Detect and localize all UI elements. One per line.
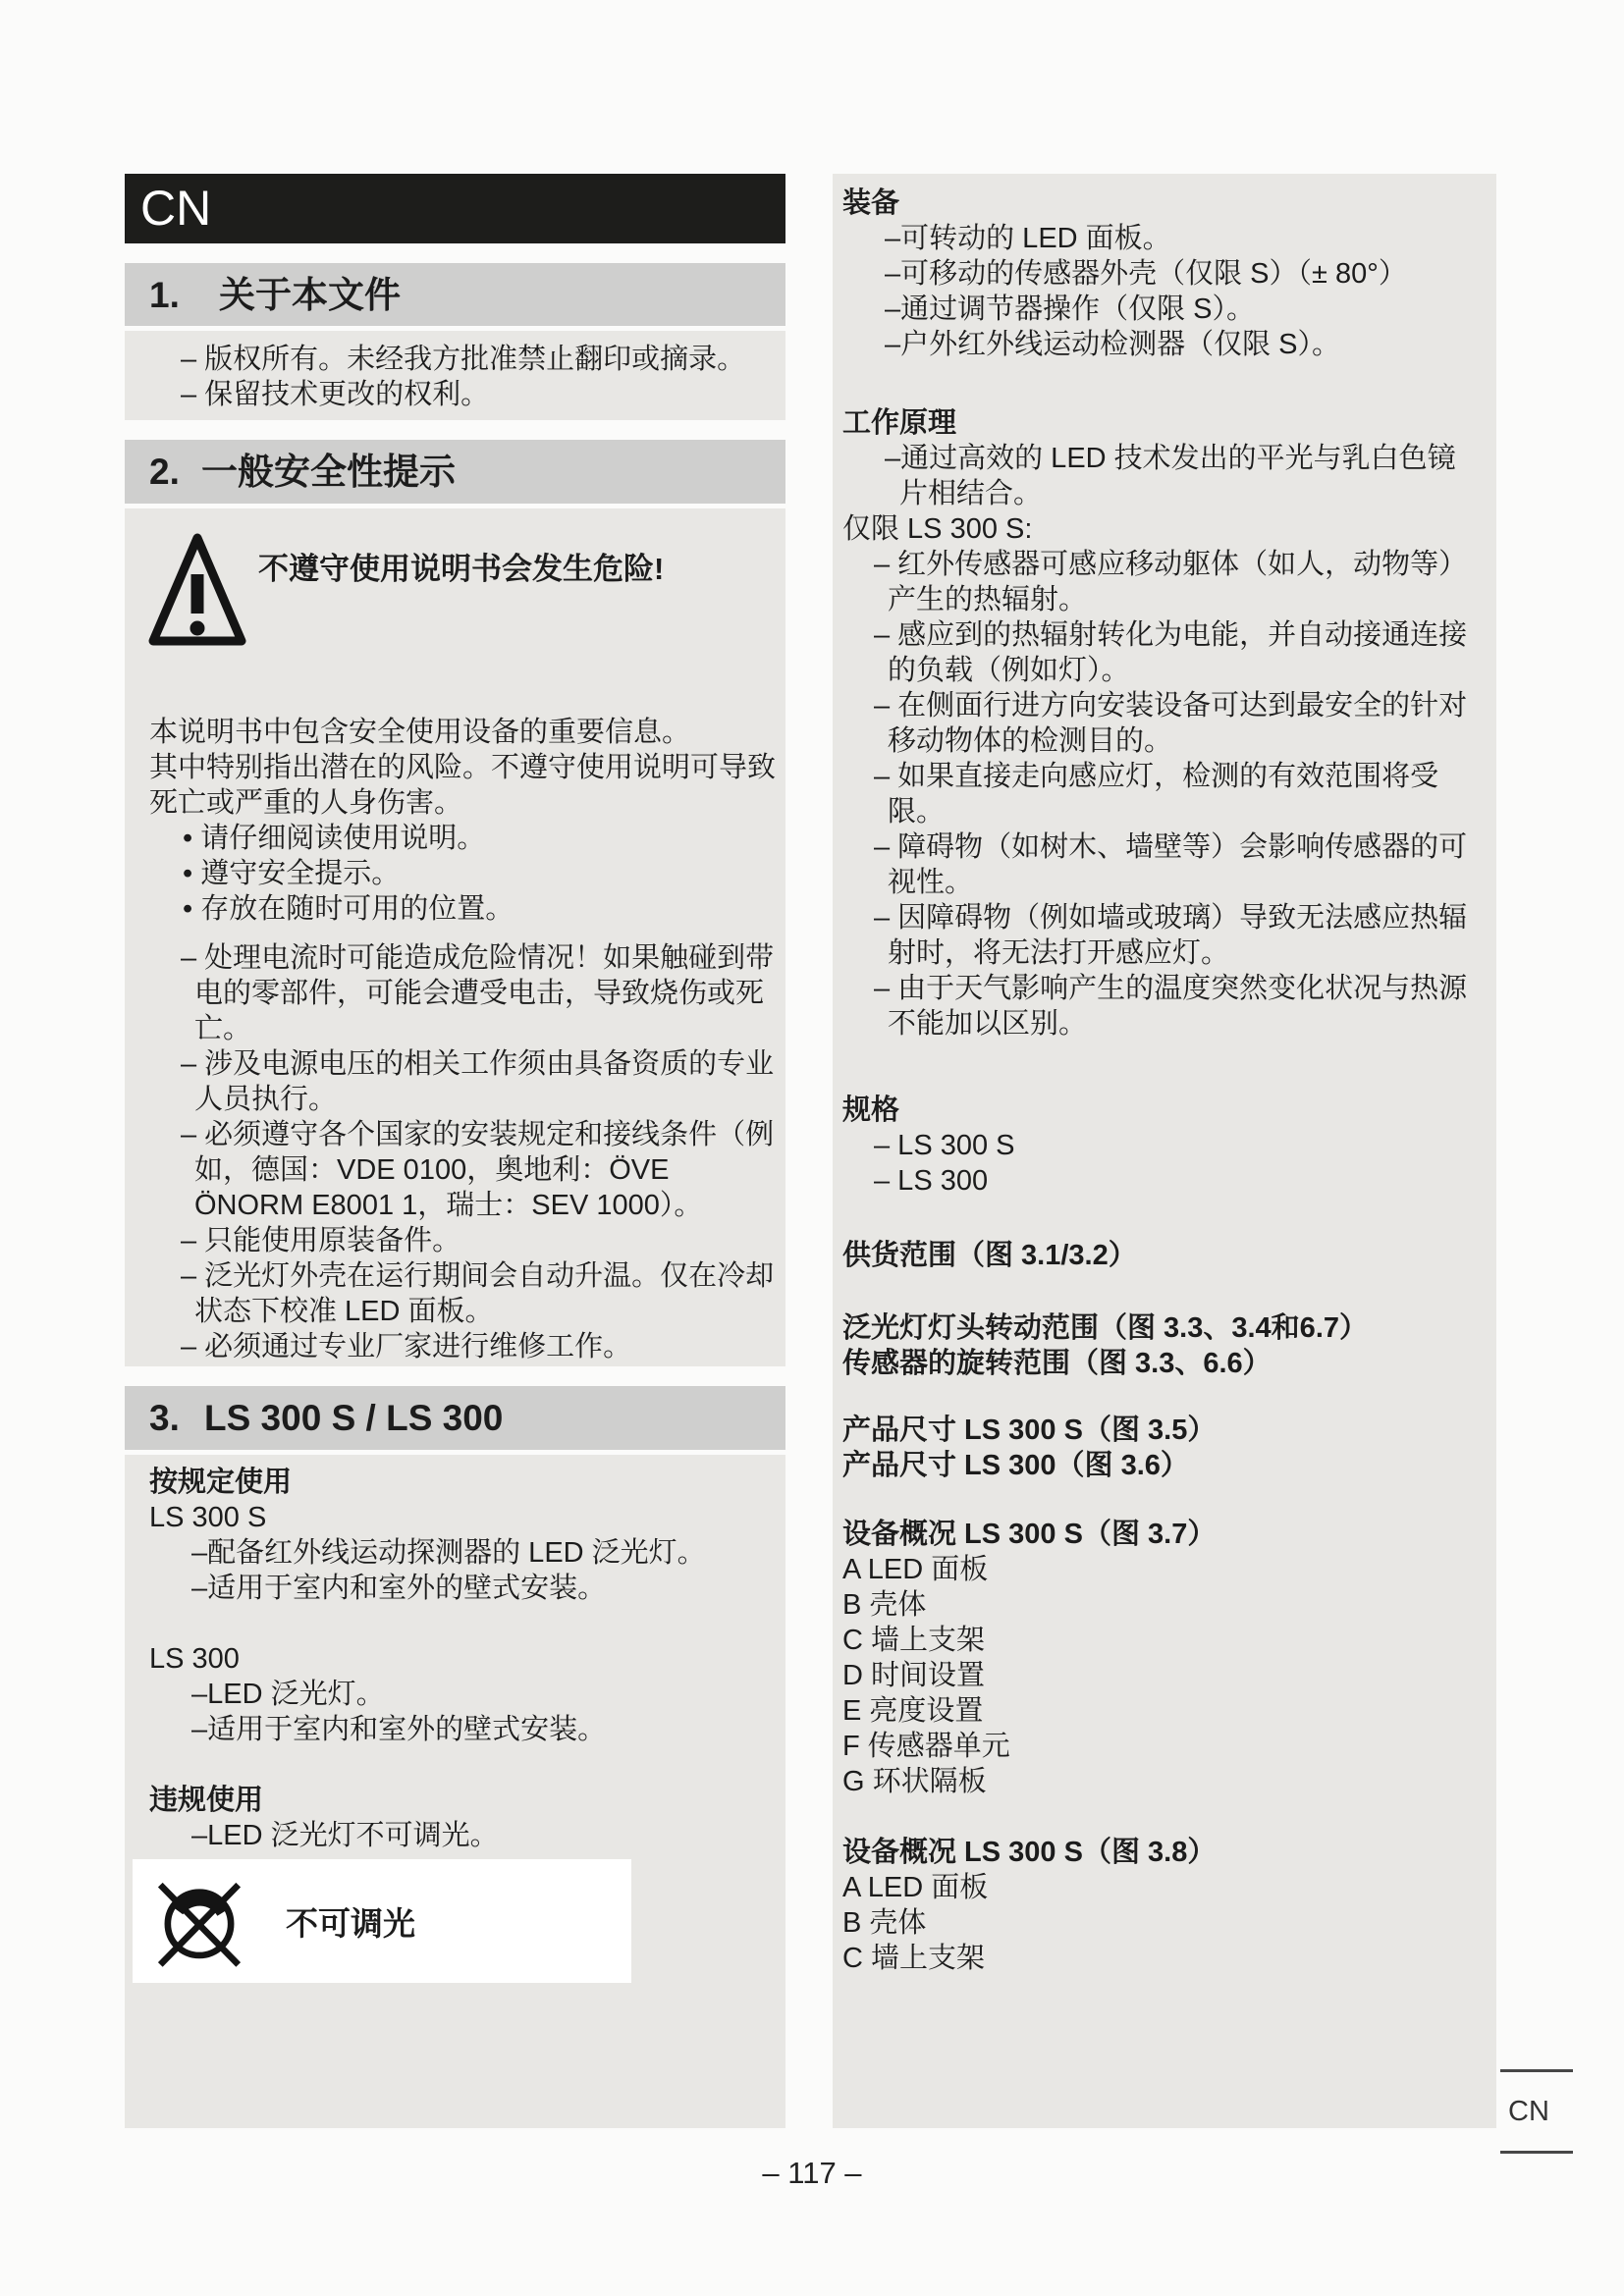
specs-heading: 规格: [842, 1093, 1481, 1128]
misuse-list: –LED 泛光灯不可调光。: [149, 1818, 780, 1853]
overview-item: B 壳体: [842, 1587, 1481, 1623]
overview-37-heading: 设备概况 LS 300 S（图 3.7）: [842, 1517, 1481, 1552]
specs-list: – LS 300 S– LS 300: [842, 1128, 1481, 1199]
corner-rule-top: [1500, 2069, 1573, 2072]
principle-item: –通过高效的 LED 技术发出的平光与乳白色镜片相结合。: [842, 441, 1481, 511]
section-3-body: 按规定使用 LS 300 S –配备红外线运动探测器的 LED 泛光灯。–适用于…: [125, 1455, 785, 2128]
equipment-item: –户外红外线运动检测器（仅限 S）。: [842, 327, 1481, 362]
language-label: CN: [140, 181, 211, 236]
model-feature-item: –适用于室内和室外的壁式安装。: [149, 1571, 780, 1606]
safety-bullet: • 遵守安全提示。: [149, 856, 780, 891]
section-3-title: LS 300 S / LS 300: [204, 1398, 503, 1438]
safety-dash-list: – 处理电流时可能造成危险情况！如果触碰到带电的零部件，可能会遭受电击，导致烧伤…: [149, 940, 780, 1364]
spec-item: – LS 300 S: [842, 1128, 1481, 1163]
copyright-item: – 版权所有。未经我方批准禁止翻印或摘录。: [149, 342, 774, 377]
no-dimming-icon: [148, 1870, 250, 1972]
section-1-number: 1.: [149, 263, 219, 327]
overview-37-list: A LED 面板B 壳体C 墙上支架D 时间设置E 亮度设置F 传感器单元G 环…: [842, 1552, 1481, 1799]
ls300s-features: –配备红外线运动探测器的 LED 泛光灯。–适用于室内和室外的壁式安装。: [149, 1535, 780, 1606]
model-name-ls300s: LS 300 S: [149, 1500, 780, 1535]
intended-use-heading: 按规定使用: [149, 1465, 780, 1500]
section-3-header: 3.LS 300 S / LS 300: [125, 1386, 785, 1450]
equipment-item: –可移动的传感器外壳（仅限 S）（± 80°）: [842, 256, 1481, 292]
corner-language-label: CN: [1500, 2096, 1549, 2128]
scope-heading: 供货范围（图 3.1/3.2）: [842, 1238, 1481, 1273]
page-number: – 117 –: [0, 2156, 1624, 2191]
overview-item: A LED 面板: [842, 1552, 1481, 1587]
section-1-header: 1.关于本文件: [125, 263, 785, 326]
principle-heading: 工作原理: [842, 405, 1481, 441]
model-feature-item: –LED 泛光灯。: [149, 1677, 780, 1712]
sensor-notes: – 红外传感器可感应移动躯体（如人，动物等）产生的热辐射。– 感应到的热辐射转化…: [842, 547, 1481, 1041]
right-column: 装备 –可转动的 LED 面板。–可移动的传感器外壳（仅限 S）（± 80°）–…: [833, 174, 1496, 2128]
safety-dash-item: – 必须通过专业厂家进行维修工作。: [149, 1329, 780, 1364]
rotation-heading-1: 泛光灯灯头转动范围（图 3.3、3.4和6.7）: [842, 1310, 1481, 1346]
overview-item: A LED 面板: [842, 1870, 1481, 1905]
misuse-item: –LED 泛光灯不可调光。: [149, 1818, 780, 1853]
safety-dash-item: – 处理电流时可能造成危险情况！如果触碰到带电的零部件，可能会遭受电击，导致烧伤…: [149, 940, 780, 1046]
safety-bullet: • 请仔细阅读使用说明。: [149, 821, 780, 856]
model-name-ls300: LS 300: [149, 1641, 780, 1677]
copyright-item: – 保留技术更改的权利。: [149, 377, 774, 412]
no-dimming-box: 不可调光: [133, 1859, 631, 1983]
dimensions-heading-1: 产品尺寸 LS 300 S（图 3.5）: [842, 1413, 1481, 1448]
warning-block: 不遵守使用说明书会发生危险!: [125, 508, 780, 715]
safety-dash-item: – 只能使用原装备件。: [149, 1223, 780, 1258]
sensor-note-item: – 感应到的热辐射转化为电能，并自动接通连接的负载（例如灯）。: [842, 617, 1481, 688]
only-ls300s-label: 仅限 LS 300 S:: [842, 511, 1481, 547]
equipment-list: –可转动的 LED 面板。–可移动的传感器外壳（仅限 S）（± 80°）–通过调…: [842, 221, 1481, 362]
section-2-number: 2.: [149, 440, 201, 504]
overview-item: B 壳体: [842, 1905, 1481, 1941]
warning-title: 不遵守使用说明书会发生危险!: [258, 544, 664, 588]
overview-item: C 墙上支架: [842, 1941, 1481, 1976]
overview-item: D 时间设置: [842, 1658, 1481, 1693]
overview-38-heading: 设备概况 LS 300 S（图 3.8）: [842, 1835, 1481, 1870]
sensor-note-item: – 障碍物（如树木、墙壁等）会影响传感器的可视性。: [842, 829, 1481, 900]
corner-rule-bottom: [1500, 2151, 1573, 2154]
rotation-heading-2: 传感器的旋转范围（图 3.3、6.6）: [842, 1346, 1481, 1381]
warning-triangle-icon: [148, 530, 246, 650]
principle-list: –通过高效的 LED 技术发出的平光与乳白色镜片相结合。: [842, 441, 1481, 511]
safety-dash-item: – 泛光灯外壳在运行期间会自动升温。仅在冷却状态下校准 LED 面板。: [149, 1258, 780, 1329]
safety-bullets: • 请仔细阅读使用说明。• 遵守安全提示。• 存放在随时可用的位置。: [149, 821, 780, 927]
section-1-body: – 版权所有。未经我方批准禁止翻印或摘录。– 保留技术更改的权利。: [125, 331, 785, 420]
dimensions-heading-2: 产品尺寸 LS 300（图 3.6）: [842, 1448, 1481, 1483]
spacer: [149, 1606, 780, 1641]
safety-intro-line: 其中特别指出潜在的风险。不遵守使用说明可导致死亡或严重的人身伤害。: [149, 750, 780, 821]
misuse-heading: 违规使用: [149, 1783, 780, 1818]
language-header-bar: CN: [125, 174, 785, 243]
corner-language-tab: CN: [1500, 2069, 1573, 2154]
spacer: [149, 1747, 780, 1783]
sensor-note-item: – 因障碍物（例如墙或玻璃）导致无法感应热辐射时，将无法打开感应灯。: [842, 900, 1481, 971]
section-2-body: 不遵守使用说明书会发生危险! 本说明书中包含安全使用设备的重要信息。其中特别指出…: [125, 508, 785, 1366]
sensor-note-item: – 如果直接走向感应灯，检测的有效范围将受限。: [842, 759, 1481, 829]
sensor-note-item: – 由于天气影响产生的温度突然变化状况与热源不能加以区别。: [842, 971, 1481, 1041]
no-dimming-label: 不可调光: [286, 1898, 415, 1945]
overview-item: G 环状隔板: [842, 1764, 1481, 1799]
safety-dash-item: – 涉及电源电压的相关工作须由具备资质的专业人员执行。: [149, 1046, 780, 1117]
overview-item: F 传感器单元: [842, 1729, 1481, 1764]
section-2-header: 2.一般安全性提示: [125, 440, 785, 504]
safety-dash-item: – 必须遵守各个国家的安装规定和接线条件（例如，德国：VDE 0100，奥地利：…: [149, 1117, 780, 1223]
safety-intro: 本说明书中包含安全使用设备的重要信息。其中特别指出潜在的风险。不遵守使用说明可导…: [149, 715, 780, 821]
overview-item: C 墙上支架: [842, 1623, 1481, 1658]
ls300-features: –LED 泛光灯。–适用于室内和室外的壁式安装。: [149, 1677, 780, 1747]
section-2-title: 一般安全性提示: [201, 452, 456, 492]
sensor-note-item: – 在侧面行进方向安装设备可达到最安全的针对移动物体的检测目的。: [842, 688, 1481, 759]
section-1-title: 关于本文件: [219, 275, 401, 315]
section-3-number: 3.: [149, 1386, 204, 1450]
overview-38-list: A LED 面板B 壳体C 墙上支架: [842, 1870, 1481, 1976]
overview-item: E 亮度设置: [842, 1693, 1481, 1729]
model-feature-item: –适用于室内和室外的壁式安装。: [149, 1712, 780, 1747]
equipment-item: –通过调节器操作（仅限 S）。: [842, 292, 1481, 327]
sensor-note-item: – 红外传感器可感应移动躯体（如人，动物等）产生的热辐射。: [842, 547, 1481, 617]
manual-page: { "colors":{"page":"#fbfbfa","bar":"#1d1…: [0, 0, 1624, 2296]
equipment-item: –可转动的 LED 面板。: [842, 221, 1481, 256]
safety-bullet: • 存放在随时可用的位置。: [149, 891, 780, 927]
model-feature-item: –配备红外线运动探测器的 LED 泛光灯。: [149, 1535, 780, 1571]
equipment-heading: 装备: [842, 186, 1481, 221]
safety-intro-line: 本说明书中包含安全使用设备的重要信息。: [149, 715, 780, 750]
spec-item: – LS 300: [842, 1163, 1481, 1199]
